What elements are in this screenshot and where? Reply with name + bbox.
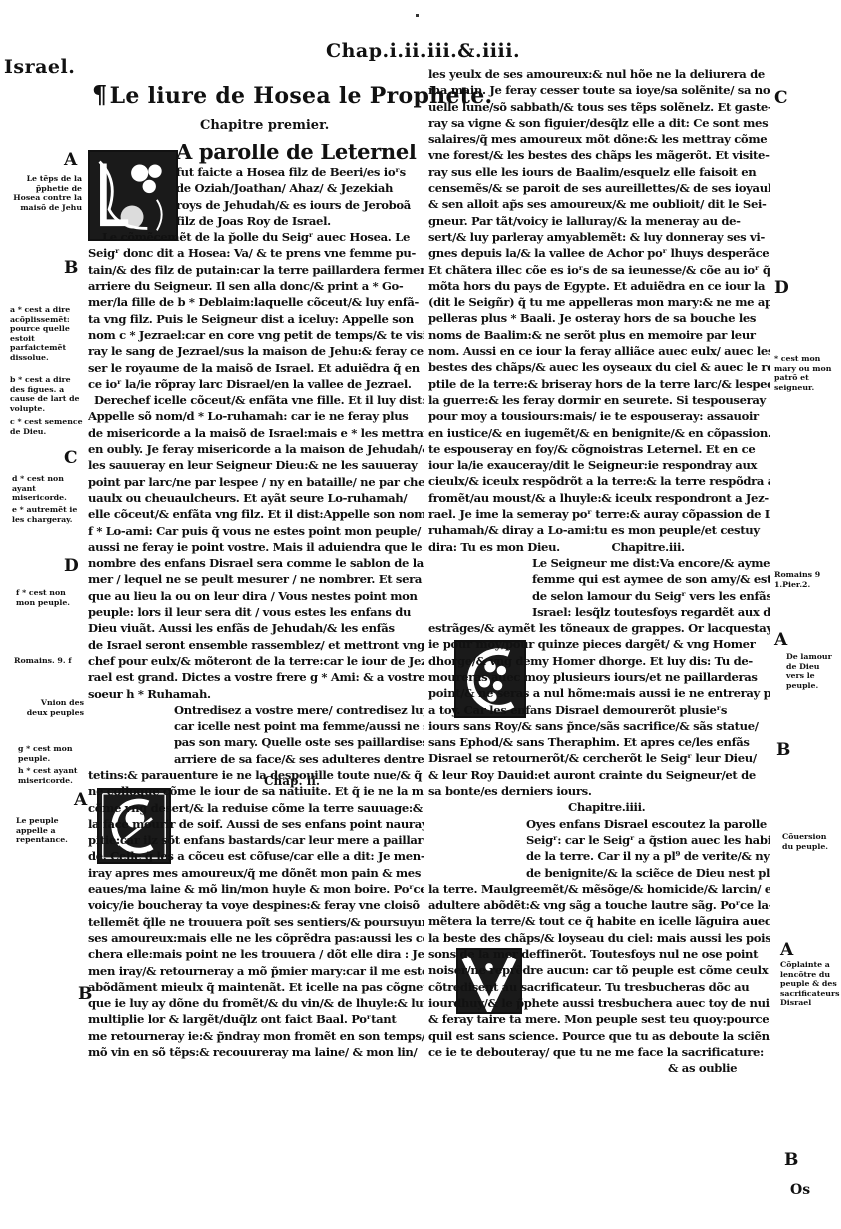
margin-letter-c: C xyxy=(64,448,78,468)
text-line: gnes depuis la/& la vallee de Achor poʳ … xyxy=(428,245,770,261)
text-line: multiplie lor & largẽt/duq̃lz ont faict … xyxy=(88,1011,424,1027)
chapter-heading-1: Chapitre premier. xyxy=(200,118,329,133)
text-line: cieulx/& iceulx respõdrõt a la terre:& l… xyxy=(428,473,770,489)
text-line: ta vng filz. Puis le Seigneur dist a ice… xyxy=(88,311,424,327)
text-line: point par larc/ne par lespee / ny en bat… xyxy=(88,474,424,490)
text-line: pour moy a tousiours:mais/ ie te espouse… xyxy=(428,408,770,424)
margin-note: g * cest mon peuple. xyxy=(18,744,86,763)
margin-note: * cest mon mary ou mon patrõ et seigneur… xyxy=(774,354,840,392)
text-line: & sen alloit ap̃s ses amoureux/& me oubl… xyxy=(428,196,770,212)
margin-letter-d: D xyxy=(774,278,789,298)
text-line: ma main. Je feray cesser toute sa ioye/s… xyxy=(428,82,770,98)
margin-note: b * cest a dire des figues. a cause de l… xyxy=(10,375,86,413)
text-line: chef pour eulx/& mõteront de la terre:ca… xyxy=(88,653,424,669)
text-line: Appelle sõ nom/d * Lo-ruhamah: car ie ne… xyxy=(88,408,424,424)
text-line: ne colloque cõme le iour de sa natiuite.… xyxy=(88,783,424,799)
text-line: ray sus elle les iours de Baalim/esquelz… xyxy=(428,164,770,180)
text-line: rael est grand. Dictes a vostre frere g … xyxy=(88,669,424,685)
text-line: bestes des chãps/& auec les oyseaux du c… xyxy=(428,359,770,375)
text-line: arriere de sa face/& ses adulteres dentr… xyxy=(88,751,424,767)
text-line: de selon lamour du Seigʳ vers les enfãs … xyxy=(428,588,770,604)
text-line: a toy. Car les enfans Disrael demourerõt… xyxy=(428,702,770,718)
text-line: A parolle de Leternel qui xyxy=(88,144,424,164)
margin-note: Romains 9 1.Pier.2. xyxy=(774,570,840,589)
margin-note: Cõuersion du peuple. xyxy=(782,832,840,851)
text-line: de benignite/& la sciẽce de Dieu nest pl… xyxy=(428,865,770,881)
text-line: pas son mary. Quelle oste ses paillardis… xyxy=(88,734,424,750)
text-line: de la terre. Car il ny a pl⁹ de verite/&… xyxy=(428,848,770,864)
right-text-column: les yeulx de ses amoureux:& nul hõe ne l… xyxy=(428,66,770,1076)
text-line: & leur Roy Dauid:et auront crainte du Se… xyxy=(428,767,770,783)
running-head-chapters: Chap.i.ii.iii.&.iiii. xyxy=(326,40,520,62)
margin-letter-a: A xyxy=(774,630,787,650)
text-line: arriere du Seigneur. Il sen alla donc/& … xyxy=(88,278,424,294)
text-line: Dieu viuãt. Aussi les enfãs de Jehudah/&… xyxy=(88,620,424,636)
text-line: Seigʳ: car le Seigʳ a q̃stion auec les h… xyxy=(428,832,770,848)
margin-letter-b: B xyxy=(64,258,78,278)
margin-letter-b: B xyxy=(776,740,790,760)
text-line: mer / lequel ne se peult mesurer / ne no… xyxy=(88,571,424,587)
text-line: Derechef icelle cõceut/& enfãta vne fill… xyxy=(88,392,424,408)
text-line: (dit le Seigñr) q̃ tu me appelleras mon… xyxy=(428,294,770,310)
margin-letter-a: A xyxy=(74,790,87,810)
text-line: ses amoureux:mais elle ne les cõprẽdra p… xyxy=(88,930,424,946)
margin-note: Le tẽps de la p̃phetie de Hosea contre l… xyxy=(10,174,82,212)
text-line: tellemẽt q̃lle ne trouuera poĩt ses sent… xyxy=(88,914,424,930)
text-line: ray le sang de Jezrael/sus la maison de … xyxy=(88,343,424,359)
text-line: te espouseray en foy/& cõgnoistras Leter… xyxy=(428,441,770,457)
text-line: moureras auec moy plusieurs iours/et ne … xyxy=(428,669,770,685)
text-line: que au lieu la ou on leur dira / Vous ne… xyxy=(88,588,424,604)
text-line: la terre. Maulgreemẽt/& mẽsõge/& homicid… xyxy=(428,881,770,897)
signature-mark: Os xyxy=(790,1182,810,1198)
text-line: uaulx ou cheuaulcheurs. Et ayãt seure Lo… xyxy=(88,490,424,506)
text-line: Israel: lesq̃lz toutesfoys regardẽt aux … xyxy=(428,604,770,620)
text-line: peuple: lors il leur sera dit / vous est… xyxy=(88,604,424,620)
text-line: ser le royaume de la maisõ de Israel. Et… xyxy=(88,360,424,376)
text-line: ray sa vigne & son figuier/desq̃lz elle … xyxy=(428,115,770,131)
margin-note: h * cest ayant misericorde. xyxy=(18,766,86,785)
text-line: iourdhuy/& le p̃phete aussi tresbuchera … xyxy=(428,995,770,1011)
text-line: adultere abõdẽt:& vng sãg a touche lautr… xyxy=(428,897,770,913)
text-line: gneur. Par tãt/voicy ie lalluray/& la me… xyxy=(428,213,770,229)
text-line: la beste des chãps/& loyseau du ciel: ma… xyxy=(428,930,770,946)
text-line: tain/& des filz de putain:car la terre p… xyxy=(88,262,424,278)
text-line: dhorge/& vng demy Homer dhorge. Et luy d… xyxy=(428,653,770,669)
margin-note: Le peuple appelle a repentance. xyxy=(16,816,86,845)
text-line: noiser/ne reprẽdre aucun: car tõ peuple … xyxy=(428,962,770,978)
text-line: iours sans Roy/& sans p̃nce/sãs sacrific… xyxy=(428,718,770,734)
text-line: Et chãtera illec cõe es ioʳs de sa ieune… xyxy=(428,262,770,278)
text-line: Ontredisez a vostre mere/ contredisez lu… xyxy=(88,702,424,718)
running-head-left: Israel. xyxy=(4,56,75,78)
text-line: mõta hors du pays de Egypte. Et aduiẽdra… xyxy=(428,278,770,294)
text-line: chera elle:mais point ne les trouuera / … xyxy=(88,946,424,962)
text-line: nom c * Jezrael:car en core vng petit de… xyxy=(88,327,424,343)
text-line: tetins:& parauenture ie ne la despouille… xyxy=(88,767,424,783)
text-line: de Israel seront ensemble rassemblez/ et… xyxy=(88,637,424,653)
text-line: roys de Jehudah/& es iours de Jeroboã xyxy=(88,197,424,213)
text-line: uelle lune/sõ sabbath/& tous ses tẽps so… xyxy=(428,99,770,115)
text-line: pelleras plus * Baali. Je osteray hors d… xyxy=(428,310,770,326)
text-line: & feray taire ta mere. Mon peuple sest t… xyxy=(428,1011,770,1027)
text-line: Le cõmẽcemẽt de la p̆olle du Seigʳ auec … xyxy=(88,229,424,245)
text-line: femme qui est aymee de son amy/& est pai… xyxy=(428,571,770,587)
margin-note: De lamour de Dieu vers le peuple. xyxy=(786,652,840,690)
text-line: de misericorde a la maisõ de Israel:mais… xyxy=(88,425,424,441)
margin-note: e * autremẽt ie les chargeray. xyxy=(12,505,88,524)
text-line: de Oziah/Joathan/ Ahaz/ & Jezekiah xyxy=(88,180,424,196)
margin-letter-c: C xyxy=(774,88,788,108)
text-line: nom. Aussi en ce iour la feray alliãce a… xyxy=(428,343,770,359)
text-line: que ie luy ay dõne du fromẽt/& du vin/& … xyxy=(88,995,424,1011)
text-line: les sauueray en leur Seigneur Dieu:& ne … xyxy=(88,457,424,473)
text-line: iour la/ie exauceray/dit le Seigneur:ie … xyxy=(428,457,770,473)
text-line: men iray/& retourneray a mõ p̃mier mary:… xyxy=(88,963,424,979)
text-line: fromẽt/au moust/& a lhuyle:& iceulx resp… xyxy=(428,490,770,506)
text-line: vne forest/& les bestes des chãps les mã… xyxy=(428,147,770,163)
text-line: Disrael se retournerõt/& cercherõt le Se… xyxy=(428,750,770,766)
text-line: mõ vin en sõ tẽps:& recouureray ma laine… xyxy=(88,1044,424,1060)
text-line: aussi ne feray ie point vostre. Mais il … xyxy=(88,539,424,555)
text-line: nombre des enfans Disrael sera comme le … xyxy=(88,555,424,571)
text-line: la guerre:& les feray dormir en seurete.… xyxy=(428,392,770,408)
text-line: sons de la mer deffinerõt. Toutesfoys nu… xyxy=(428,946,770,962)
text-line: Oyes enfans Disrael escoutez la parolle … xyxy=(428,816,770,832)
text-line: quil est sans science. Pource que tu as … xyxy=(428,1028,770,1044)
margin-letter-a: A xyxy=(64,150,77,170)
chapter-heading-4: Chapitre.iiii. xyxy=(428,799,770,815)
text-line: point/& ne seras a nul hõme:mais aussi i… xyxy=(428,685,770,701)
text-line: la face mourir de soif. Aussi de ses enf… xyxy=(88,816,424,832)
text-line: estrãges/& aymẽt les tõneaux de grappes.… xyxy=(428,620,770,636)
text-line: eaues/ma laine & mõ lin/mon huyle & mon … xyxy=(88,881,424,897)
margin-note: Vnion des deux peuples xyxy=(20,698,84,717)
text-line: mer/la fille de b * Deblaim:laquelle cõc… xyxy=(88,294,424,310)
margin-note: c * cest semence de Dieu. xyxy=(10,417,86,436)
text-line: de. Celle q̃ les a cõceu est cõfuse/car … xyxy=(88,848,424,864)
text-line: pitie:car ilz sõt enfans bastards/car le… xyxy=(88,832,424,848)
text-line: mẽtera la terre/& tout ce q̃ habite en i… xyxy=(428,913,770,929)
text-line: en oubly. Je feray misericorde a la mais… xyxy=(88,441,424,457)
catchword: & as oublie xyxy=(428,1060,770,1076)
text-line: elle cõceut/& enfãta vng filz. Et il dis… xyxy=(88,506,424,522)
text-line: salaires/q̃ mes amoureux mõt dõne:& les … xyxy=(428,131,770,147)
text-line: sa bonte/es derniers iours. xyxy=(428,783,770,799)
text-line: en iustice/& en iugemẽt/& en benignite/&… xyxy=(428,425,770,441)
chapter-heading-2: Chap. ii. xyxy=(264,774,320,788)
margin-note: f * cest non mon peuple. xyxy=(16,588,86,607)
text-line: ce ioʳ la/ie rõpray larc Disrael/en la v… xyxy=(88,376,424,392)
text-line: Le Seigneur me dist:Va encore/& ayme la xyxy=(428,555,770,571)
text-line: dira: Tu es mon Dieu. Chapitre.iii. xyxy=(428,539,770,555)
printed-page: Israel. Chap.i.ii.iii.&.iiii. ¶Le liure … xyxy=(0,0,841,1229)
text-line: cõtredisent au sacrificateur. Tu tresbuc… xyxy=(428,979,770,995)
text-line: ptile de la terre:& briseray hors de la … xyxy=(428,376,770,392)
text-line: ruhamah/& diray a Lo-ami:tu es mon peupl… xyxy=(428,522,770,538)
text-line: me retourneray ie:& p̃ndray mon fromẽt e… xyxy=(88,1028,424,1044)
text-line: les yeulx de ses amoureux:& nul hõe ne l… xyxy=(428,66,770,82)
text-line: rael. Je ime la semeray poʳ terre:& aura… xyxy=(428,506,770,522)
margin-note: a * cest a dire acõplissemẽt: pource que… xyxy=(10,305,86,363)
text-line: iray apres mes amoureux/q̃ me dõnẽt mon … xyxy=(88,865,424,881)
text-line: filz de Joas Roy de Israel. xyxy=(88,213,424,229)
text-line: f * Lo-ami: Car puis q̃ vous ne estes po… xyxy=(88,523,424,539)
text-line: cõme vng desert/& la reduise cõme la ter… xyxy=(88,800,424,816)
margin-note: Cõplainte a lencõtre du peuple & des sac… xyxy=(780,960,840,1008)
text-line: sert/& luy parleray amyablemẽt: & luy do… xyxy=(428,229,770,245)
text-line: sans Ephod/& sans Theraphim. Et apres ce… xyxy=(428,734,770,750)
text-line: abõdãment mieulx q̃ maintenãt. Et icelle… xyxy=(88,979,424,995)
margin-note: d * cest non ayant misericorde. xyxy=(12,474,88,503)
text-line: fut faicte a Hosea filz de Beeri/es ioʳs xyxy=(88,164,424,180)
text-line: car icelle nest point ma femme/aussi ne … xyxy=(88,718,424,734)
print-speck xyxy=(416,14,419,17)
text-line: noms de Baalim:& ne serõt plus en memoir… xyxy=(428,327,770,343)
pilcrow-icon: ¶ xyxy=(92,80,108,109)
text-line: voicy/ie boucheray ta voye despines:& fe… xyxy=(88,897,424,913)
margin-letter-d: D xyxy=(64,556,79,576)
margin-letter-a: A xyxy=(780,940,793,960)
text-line: soeur h * Ruhamah. xyxy=(88,686,424,702)
text-line: ie pour moy/pour quinze pieces dargẽt/ &… xyxy=(428,636,770,652)
text-line: Seigʳ donc dit a Hosea: Va/ & te prens v… xyxy=(88,245,424,261)
margin-letter-b: B xyxy=(78,984,92,1004)
margin-letter-b: B xyxy=(784,1150,798,1170)
left-text-column: A parolle de Leternel qui fut faicte a H… xyxy=(88,144,424,1060)
text-line: censemẽs/& se paroit de ses aureillettes… xyxy=(428,180,770,196)
margin-note: Romains. 9. f xyxy=(14,656,86,666)
text-line: ce ie te debouteray/ que tu ne me face l… xyxy=(428,1044,770,1060)
